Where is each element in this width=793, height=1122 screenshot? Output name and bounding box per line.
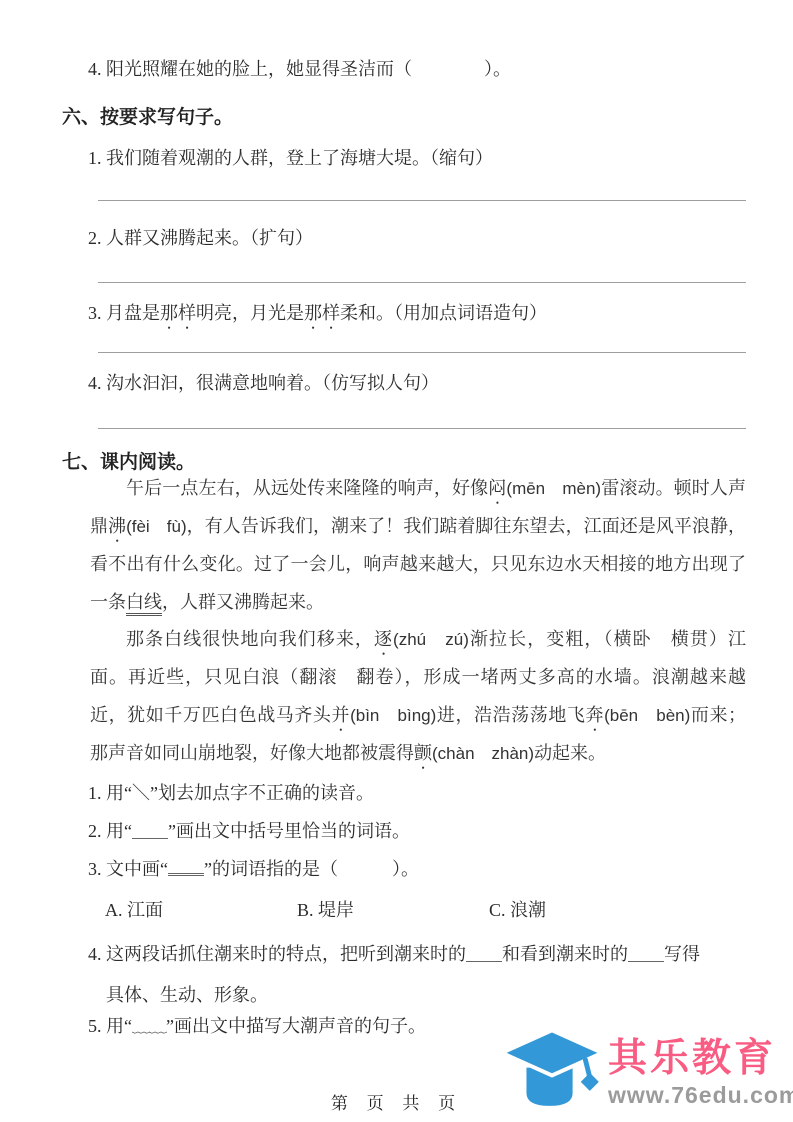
worksheet-page: 4. 阳光照耀在她的脸上，她显得圣洁而（ ）。 六、按要求写句子。 1. 我们随…	[0, 0, 793, 1122]
answer-line-2	[98, 282, 746, 283]
seven-question-5: 5. 用“﹏﹏”画出文中描写大潮声音的句子。	[88, 1013, 426, 1039]
option-c: C. 浪潮	[489, 896, 681, 922]
option-b: B. 堤岸	[297, 896, 489, 922]
brand-text-block: 其乐教育 www.76edu.com	[608, 1038, 793, 1109]
answer-line-3	[98, 352, 746, 353]
seven-question-1: 1. 用“＼”划去加点字不正确的读音。	[88, 780, 374, 806]
answer-line-4	[98, 428, 746, 429]
question-prev-4: 4. 阳光照耀在她的脸上，她显得圣洁而（ ）。	[88, 56, 511, 82]
brand-name: 其乐教育	[608, 1038, 793, 1081]
seven-question-4: 4. 这两段话抓住潮来时的特点，把听到潮来时的 和看到潮来时的 写得具体、生动、…	[88, 934, 750, 1016]
answer-line-1	[98, 200, 746, 201]
option-a: A. 江面	[105, 896, 297, 922]
six-item-4: 4. 沟水汩汩，很满意地响着。（仿写拟人句）	[88, 370, 439, 396]
passage-paragraph-2: 那条白线很快地向我们移来，逐(zhú zú)渐拉长，变粗，（横卧 横贯）江面。再…	[90, 621, 746, 773]
brand-logo: 其乐教育 www.76edu.com	[498, 1026, 793, 1120]
brand-url: www.76edu.com	[608, 1082, 793, 1109]
seven-question-2: 2. 用“ ”画出文中括号里恰当的词语。	[88, 818, 410, 844]
seven-question-3: 3. 文中画“ ”的词语指的是（ ）。	[88, 856, 419, 882]
reading-passage: 午后一点左右，从远处传来隆隆的响声，好像闷(mēn mèn)雷滚动。顿时人声鼎沸…	[90, 470, 746, 773]
section-six-title: 六、按要求写句子。	[62, 102, 233, 129]
question-3-options: A. 江面 B. 堤岸 C. 浪潮	[105, 896, 681, 922]
six-item-2: 2. 人群又沸腾起来。（扩句）	[88, 225, 313, 251]
six-item-1: 1. 我们随着观潮的人群，登上了海塘大堤。（缩句）	[88, 145, 493, 171]
passage-paragraph-1: 午后一点左右，从远处传来隆隆的响声，好像闷(mēn mèn)雷滚动。顿时人声鼎沸…	[90, 470, 746, 621]
graduation-cap-icon	[498, 1026, 606, 1120]
six-item-3: 3. 月盘是那样明亮，月光是那样柔和。（用加点词语造句）	[88, 300, 547, 333]
